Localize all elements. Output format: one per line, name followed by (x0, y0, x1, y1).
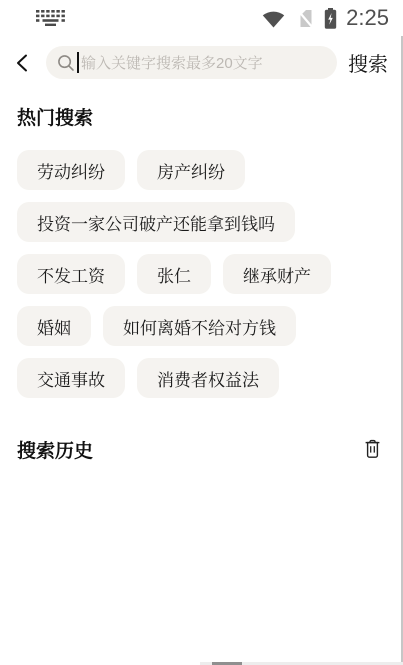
search-screen: 2:25 输入关键字搜索最多20文字 搜索 热门搜索 (0, 0, 403, 665)
status-bar-right: 2:25 (261, 5, 389, 31)
search-history-header: 搜索历史 (0, 436, 403, 463)
hot-search-tag[interactable]: 交通事故 (17, 358, 125, 398)
chevron-left-icon (12, 52, 34, 74)
keyboard-icon (36, 10, 65, 27)
back-button[interactable] (8, 48, 38, 78)
search-input[interactable]: 输入关键字搜索最多20文字 (46, 46, 337, 79)
hot-search-tag[interactable]: 房产纠纷 (137, 150, 245, 190)
hot-search-tag-row: 劳动纠纷 房产纠纷 (17, 150, 386, 190)
hot-search-tag-row: 交通事故 消费者权益法 (17, 358, 386, 398)
wifi-icon (261, 9, 286, 28)
hot-search-tags: 劳动纠纷 房产纠纷 投资一家公司破产还能拿到钱吗 不发工资 张仁 继承财产 (0, 150, 403, 398)
hot-search-tag[interactable]: 不发工资 (17, 254, 125, 294)
search-button[interactable]: 搜索 (345, 48, 391, 77)
hot-search-tag-row: 不发工资 张仁 继承财产 (17, 254, 386, 294)
no-sim-icon (295, 8, 315, 29)
hot-search-tag[interactable]: 如何离婚不给对方钱 (103, 306, 296, 346)
hot-search-tag[interactable]: 消费者权益法 (137, 358, 279, 398)
trash-icon (363, 439, 382, 460)
hot-search-tag[interactable]: 张仁 (137, 254, 211, 294)
clock-time: 2:25 (346, 5, 389, 31)
search-history-title: 搜索历史 (17, 436, 93, 463)
hot-search-title: 热门搜索 (0, 103, 403, 130)
search-placeholder: 输入关键字搜索最多20文字 (81, 52, 263, 73)
hot-search-tag[interactable]: 继承财产 (223, 254, 331, 294)
status-bar: 2:25 (0, 0, 403, 34)
hot-search-tag[interactable]: 婚姻 (17, 306, 91, 346)
battery-charging-icon (324, 8, 337, 29)
hot-search-tag-row: 婚姻 如何离婚不给对方钱 (17, 306, 386, 346)
hot-search-tag[interactable]: 劳动纠纷 (17, 150, 125, 190)
text-cursor (77, 52, 79, 73)
search-icon (56, 53, 76, 73)
search-header: 输入关键字搜索最多20文字 搜索 (0, 34, 403, 91)
hot-search-tag[interactable]: 投资一家公司破产还能拿到钱吗 (17, 202, 295, 242)
clear-history-button[interactable] (363, 439, 382, 460)
hot-search-tag-row: 投资一家公司破产还能拿到钱吗 (17, 202, 386, 242)
